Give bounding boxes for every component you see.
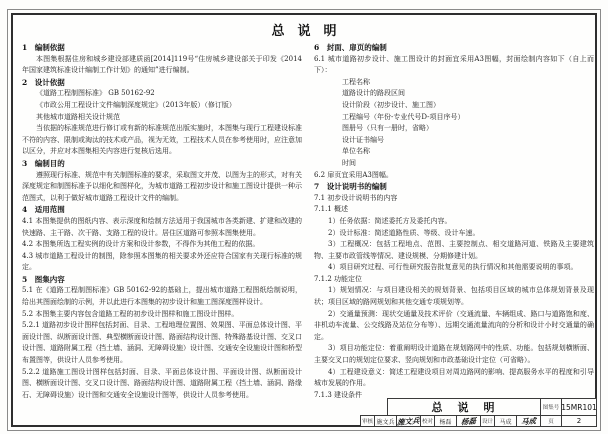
paragraph: 4.2 本图集所选工程实例的设计方案和设计参数，不得作为其他工程的依据。 <box>22 239 302 251</box>
paragraph: 4.1 本图集提供的图纸内容、表示深度和绘制方法适用于我国城市各类新建、扩建和改… <box>22 216 302 239</box>
paragraph: 5.2 本图集主要内容包含道路工程的初步设计图样和施工图设计图样。 <box>22 309 302 321</box>
page-title: 总 说 明 <box>0 20 608 39</box>
paragraph: 2 设计依据 <box>22 77 302 89</box>
drawing-title: 总 说 明 <box>387 398 541 416</box>
paragraph: 2）设计标准：简述道路性质、等级、设计车速。 <box>314 228 594 240</box>
checker-signature: 杨磊 <box>456 415 481 427</box>
paragraph: 1 编制依据 <box>22 42 302 54</box>
paragraph: 5.2.1 道路初步设计图样包括封面、目录、工程地理位置图、效果图、平面总体设计… <box>22 320 302 366</box>
paragraph: 4）项目研究过程、可行性研究报告批复意见的执行情况和其他需要说明的事项。 <box>314 262 594 274</box>
paragraph: 时间 <box>314 158 594 170</box>
paragraph: 7.1 初步设计说明书的内容 <box>314 193 594 205</box>
paragraph: 设计阶段（初步设计、施工图） <box>314 100 594 112</box>
paragraph: 道路设计的路段区间 <box>314 88 594 100</box>
paragraph: 7.1.2 功能定位 <box>314 274 594 286</box>
paragraph: 其他城市道路相关设计规范 <box>22 112 302 124</box>
page-number-label: 页 <box>540 415 562 427</box>
paragraph: 工程编号（年份-专业代号D-项目序号） <box>314 112 594 124</box>
title-block-row-bottom: 审核 施文兵 施文兵 校对 杨磊 杨磊 设计 马成 马成 页 2 <box>361 416 597 427</box>
notes-column-left: 1 编制依据本图集根据住房和城乡建设部建质函[2014]119号“住房城乡建设部… <box>22 42 302 401</box>
designer-role: 设计 <box>480 415 495 427</box>
page-number-value: 2 <box>561 415 597 427</box>
paragraph: 5.1 在《道路工程制图标准》GB 50162-92的基础上，提出城市道路工程图… <box>22 285 302 308</box>
designer-signature: 马成 <box>516 415 541 427</box>
paragraph: 6 封面、扉页的编制 <box>314 42 594 54</box>
paragraph: 当依据的标准规范进行修订或有新的标准规范出版实施时，本图集与现行工程建设标准不符… <box>22 123 302 158</box>
approver-signature: 施文兵 <box>396 415 421 427</box>
paragraph: 单位名称 <box>314 146 594 158</box>
paragraph: 3）工程概况：包括工程地点、范围、主要控制点、相交道路河道、铁路及主要建筑物、主… <box>314 239 594 262</box>
paragraph: 图册号（只有一册时，省略） <box>314 123 594 135</box>
paragraph: 3）项目功能定位：着重阐明设计道路在规划路网中的性质、功能。包括规划横断面、主要… <box>314 343 594 366</box>
approver-role: 审核 <box>360 415 375 427</box>
paragraph: 《道路工程制图标准》 GB 50162-92 <box>22 88 302 100</box>
paragraph: 设计证书编号 <box>314 135 594 147</box>
paragraph: 遵照现行标准、规范中有关制图标准的要求，采取图文并茂、以图为主的形式，对有关深度… <box>22 170 302 205</box>
atlas-number-label: 图集号 <box>540 398 562 416</box>
paragraph: 5.2.2 道路施工图设计图样包括封面、目录、平面总体设计图、平面设计图、纵断面… <box>22 367 302 402</box>
title-block-spacer <box>360 398 388 416</box>
paragraph: 7.1.1 概述 <box>314 204 594 216</box>
paragraph: 5 图集内容 <box>22 274 302 286</box>
designer-name: 马成 <box>494 415 517 427</box>
paragraph: 1）任务依据：简述委托方及委托内容。 <box>314 216 594 228</box>
title-block-row-top: 总 说 明 图集号 15MR101 <box>361 399 597 416</box>
paragraph: 工程名称 <box>314 77 594 89</box>
checker-role: 校对 <box>420 415 435 427</box>
paragraph: 4 适用范围 <box>22 204 302 216</box>
paragraph: 本图集根据住房和城乡建设部建质函[2014]119号“住房城乡建设部关于印发《2… <box>22 54 302 77</box>
paragraph: 4）工程建设意义：简述工程建设项目对周边路网的影响、提高服务水平的程度和引导城市… <box>314 367 594 390</box>
title-block: 总 说 明 图集号 15MR101 审核 施文兵 施文兵 校对 杨磊 杨磊 设计… <box>361 399 597 427</box>
paragraph: 4.3 城市道路工程设计的制图，除参照本图集的相关要求外还应符合国家有关现行标准… <box>22 251 302 274</box>
atlas-number-value: 15MR101 <box>561 398 597 416</box>
checker-name: 杨磊 <box>434 415 457 427</box>
paragraph: 《市政公用工程设计文件编制深度规定》（2013年版）（修订版） <box>22 100 302 112</box>
paragraph: 2）交通量预测：现状交通量及技术评价（交通流量、车辆组成、路口与道路饱和度、非机… <box>314 309 594 344</box>
paragraph: 6.1 城市道路初步设计、施工图设计的封面宜采用A3图幅，封面绘制内容如下（自上… <box>314 54 594 77</box>
paragraph: 6.2 扉页宜采用A3图幅。 <box>314 170 594 182</box>
drawing-sheet: 总 说 明 1 编制依据本图集根据住房和城乡建设部建质函[2014]119号“住… <box>0 0 608 434</box>
notes-column-right: 6 封面、扉页的编制6.1 城市道路初步设计、施工图设计的封面宜采用A3图幅，封… <box>314 42 594 401</box>
paragraph: 7 设计说明书的编制 <box>314 181 594 193</box>
paragraph: 3 编制目的 <box>22 158 302 170</box>
paragraph: 1）规划情况：与项目建设相关的规划背景、包括项目区域的城市总体规划背景及现状；项… <box>314 285 594 308</box>
approver-name: 施文兵 <box>374 415 397 427</box>
